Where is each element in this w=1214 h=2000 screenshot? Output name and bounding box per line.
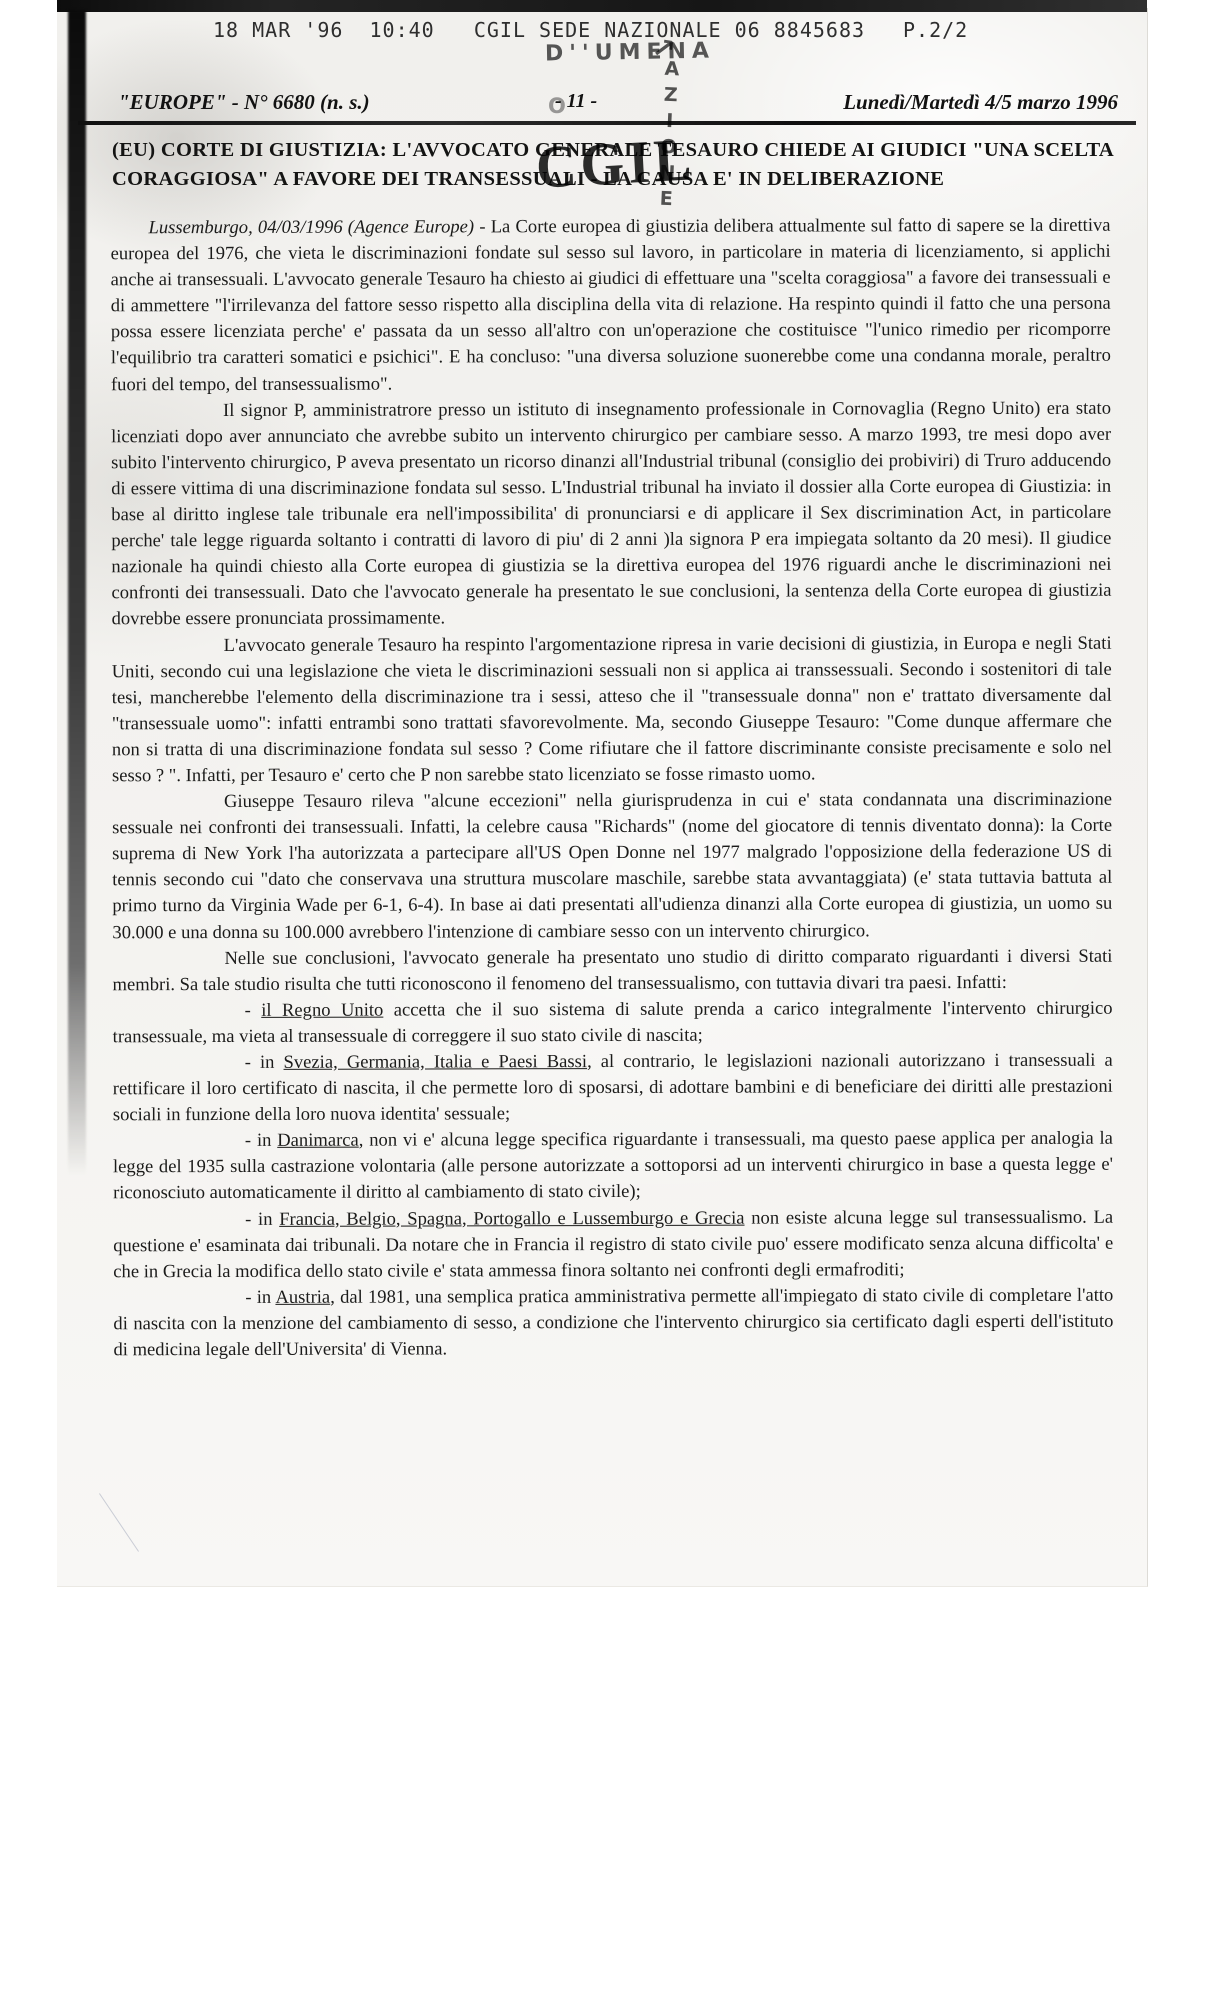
issue-date: Lunedì/Martedì 4/5 marzo 1996 (843, 90, 1118, 115)
text-segment: - (245, 1000, 262, 1021)
stamp-ink-fragment: O (548, 94, 566, 118)
text-segment: L'avvocato generale Tesauro ha respinto … (112, 632, 1112, 786)
article-body: Lussemburgo, 04/03/1996 (Agence Europe) … (110, 213, 1113, 1364)
stamp-documentazione-fragment: D''UMENA (545, 39, 715, 67)
publication-name: "EUROPE" - N° 6680 (n. s.) (118, 90, 370, 115)
text-segment: Giuseppe Tesauro rileva "alcune eccezion… (112, 789, 1112, 943)
fax-page-indicator: P.2/2 (903, 18, 968, 42)
masthead-rule (78, 121, 1136, 125)
paragraph: Giuseppe Tesauro rileva "alcune eccezion… (112, 787, 1112, 946)
scan-edge-left (68, 10, 86, 1175)
paragraph: - in Francia, Belgio, Spagna, Portogallo… (113, 1204, 1113, 1285)
text-segment: - La Corte europea di giustizia delibera… (111, 215, 1111, 395)
paragraph: - in Svezia, Germania, Italia e Paesi Ba… (113, 1048, 1113, 1129)
text-segment: Svezia, Germania, Italia e Paesi Bassi (284, 1051, 588, 1073)
text-segment: Austria (275, 1287, 330, 1308)
paragraph: - il Regno Unito accetta che il suo sist… (113, 996, 1113, 1051)
paragraph: Il signor P, amministratrore presso un i… (111, 395, 1112, 632)
paragraph: Lussemburgo, 04/03/1996 (Agence Europe) … (110, 213, 1110, 398)
text-segment: - in (245, 1130, 277, 1151)
text-segment: - in (245, 1052, 284, 1073)
text-segment: Lussemburgo, 04/03/1996 (Agence Europe) (149, 216, 475, 238)
paragraph: - in Danimarca, non vi e' alcuna legge s… (113, 1126, 1113, 1207)
paragraph: L'avvocato generale Tesauro ha respinto … (112, 630, 1112, 789)
stamp-cgil: CGIL (534, 125, 697, 202)
paragraph: Nelle sue conclusioni, l'avvocato genera… (112, 943, 1112, 998)
text-segment: il Regno Unito (261, 999, 383, 1020)
text-segment: - in (245, 1287, 275, 1308)
text-segment: Danimarca (277, 1130, 359, 1151)
scan-edge-top (57, 0, 1147, 12)
text-segment: Nelle sue conclusioni, l'avvocato genera… (112, 945, 1112, 995)
paragraph: - in Austria, dal 1981, una semplica pra… (113, 1283, 1113, 1364)
fax-header-line: 18 MAR '96 10:40 CGIL SEDE NAZIONALE 06 … (213, 18, 865, 42)
fax-document-scan: 18 MAR '96 10:40 CGIL SEDE NAZIONALE 06 … (0, 0, 1214, 2000)
text-segment: Francia, Belgio, Spagna, Portogallo e Lu… (279, 1207, 744, 1229)
masthead: "EUROPE" - N° 6680 (n. s.) - 11 - Lunedì… (78, 90, 1136, 120)
text-segment: - in (245, 1208, 279, 1229)
text-segment: Il signor P, amministratrore presso un i… (111, 397, 1111, 629)
